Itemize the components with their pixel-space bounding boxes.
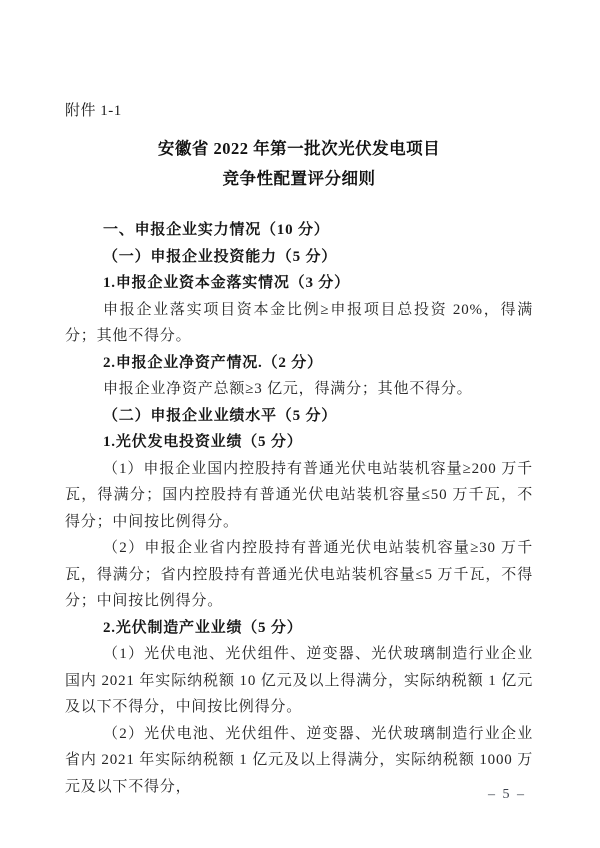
section-heading: （一）申报企业投资能力（5 分）: [103, 244, 533, 271]
paragraph: 申报企业净资产总额≥3 亿元，得满分；其他不得分。: [65, 376, 533, 403]
paragraph: 申报企业落实项目资本金比例≥申报项目总投资 20%，得满分；其他不得分。: [65, 297, 533, 350]
document-title-line1: 安徽省 2022 年第一批次光伏发电项目: [65, 134, 533, 164]
document-title-line2: 竞争性配置评分细则: [65, 164, 533, 194]
section-heading: 1.光伏发电投资业绩（5 分）: [103, 429, 533, 456]
paragraph: （1）申报企业国内控股持有普通光伏电站装机容量≥200 万千瓦，得满分；国内控股…: [65, 456, 533, 536]
section-heading: 一、申报企业实力情况（10 分）: [103, 217, 533, 244]
paragraph: （2）光伏电池、光伏组件、逆变器、光伏玻璃制造行业企业省内 2021 年实际纳税…: [65, 721, 533, 801]
paragraph: （1）光伏电池、光伏组件、逆变器、光伏玻璃制造行业企业国内 2021 年实际纳税…: [65, 641, 533, 721]
section-heading: 1.申报企业资本金落实情况（3 分）: [103, 270, 533, 297]
document-content: 附件 1-1 安徽省 2022 年第一批次光伏发电项目 竞争性配置评分细则 一、…: [65, 101, 533, 800]
document-body: 一、申报企业实力情况（10 分）（一）申报企业投资能力（5 分）1.申报企业资本…: [65, 217, 533, 800]
page-number: – 5 –: [488, 787, 526, 803]
document-page: 附件 1-1 安徽省 2022 年第一批次光伏发电项目 竞争性配置评分细则 一、…: [0, 0, 600, 848]
section-heading: （二）申报企业业绩水平（5 分）: [103, 403, 533, 430]
section-heading: 2.申报企业净资产情况.（2 分）: [103, 350, 533, 377]
attachment-label: 附件 1-1: [65, 101, 533, 121]
document-title: 安徽省 2022 年第一批次光伏发电项目 竞争性配置评分细则: [65, 134, 533, 194]
paragraph: （2）申报企业省内控股持有普通光伏电站装机容量≥30 万千瓦，得满分；省内控股持…: [65, 535, 533, 615]
section-heading: 2.光伏制造产业业绩（5 分）: [103, 615, 533, 642]
